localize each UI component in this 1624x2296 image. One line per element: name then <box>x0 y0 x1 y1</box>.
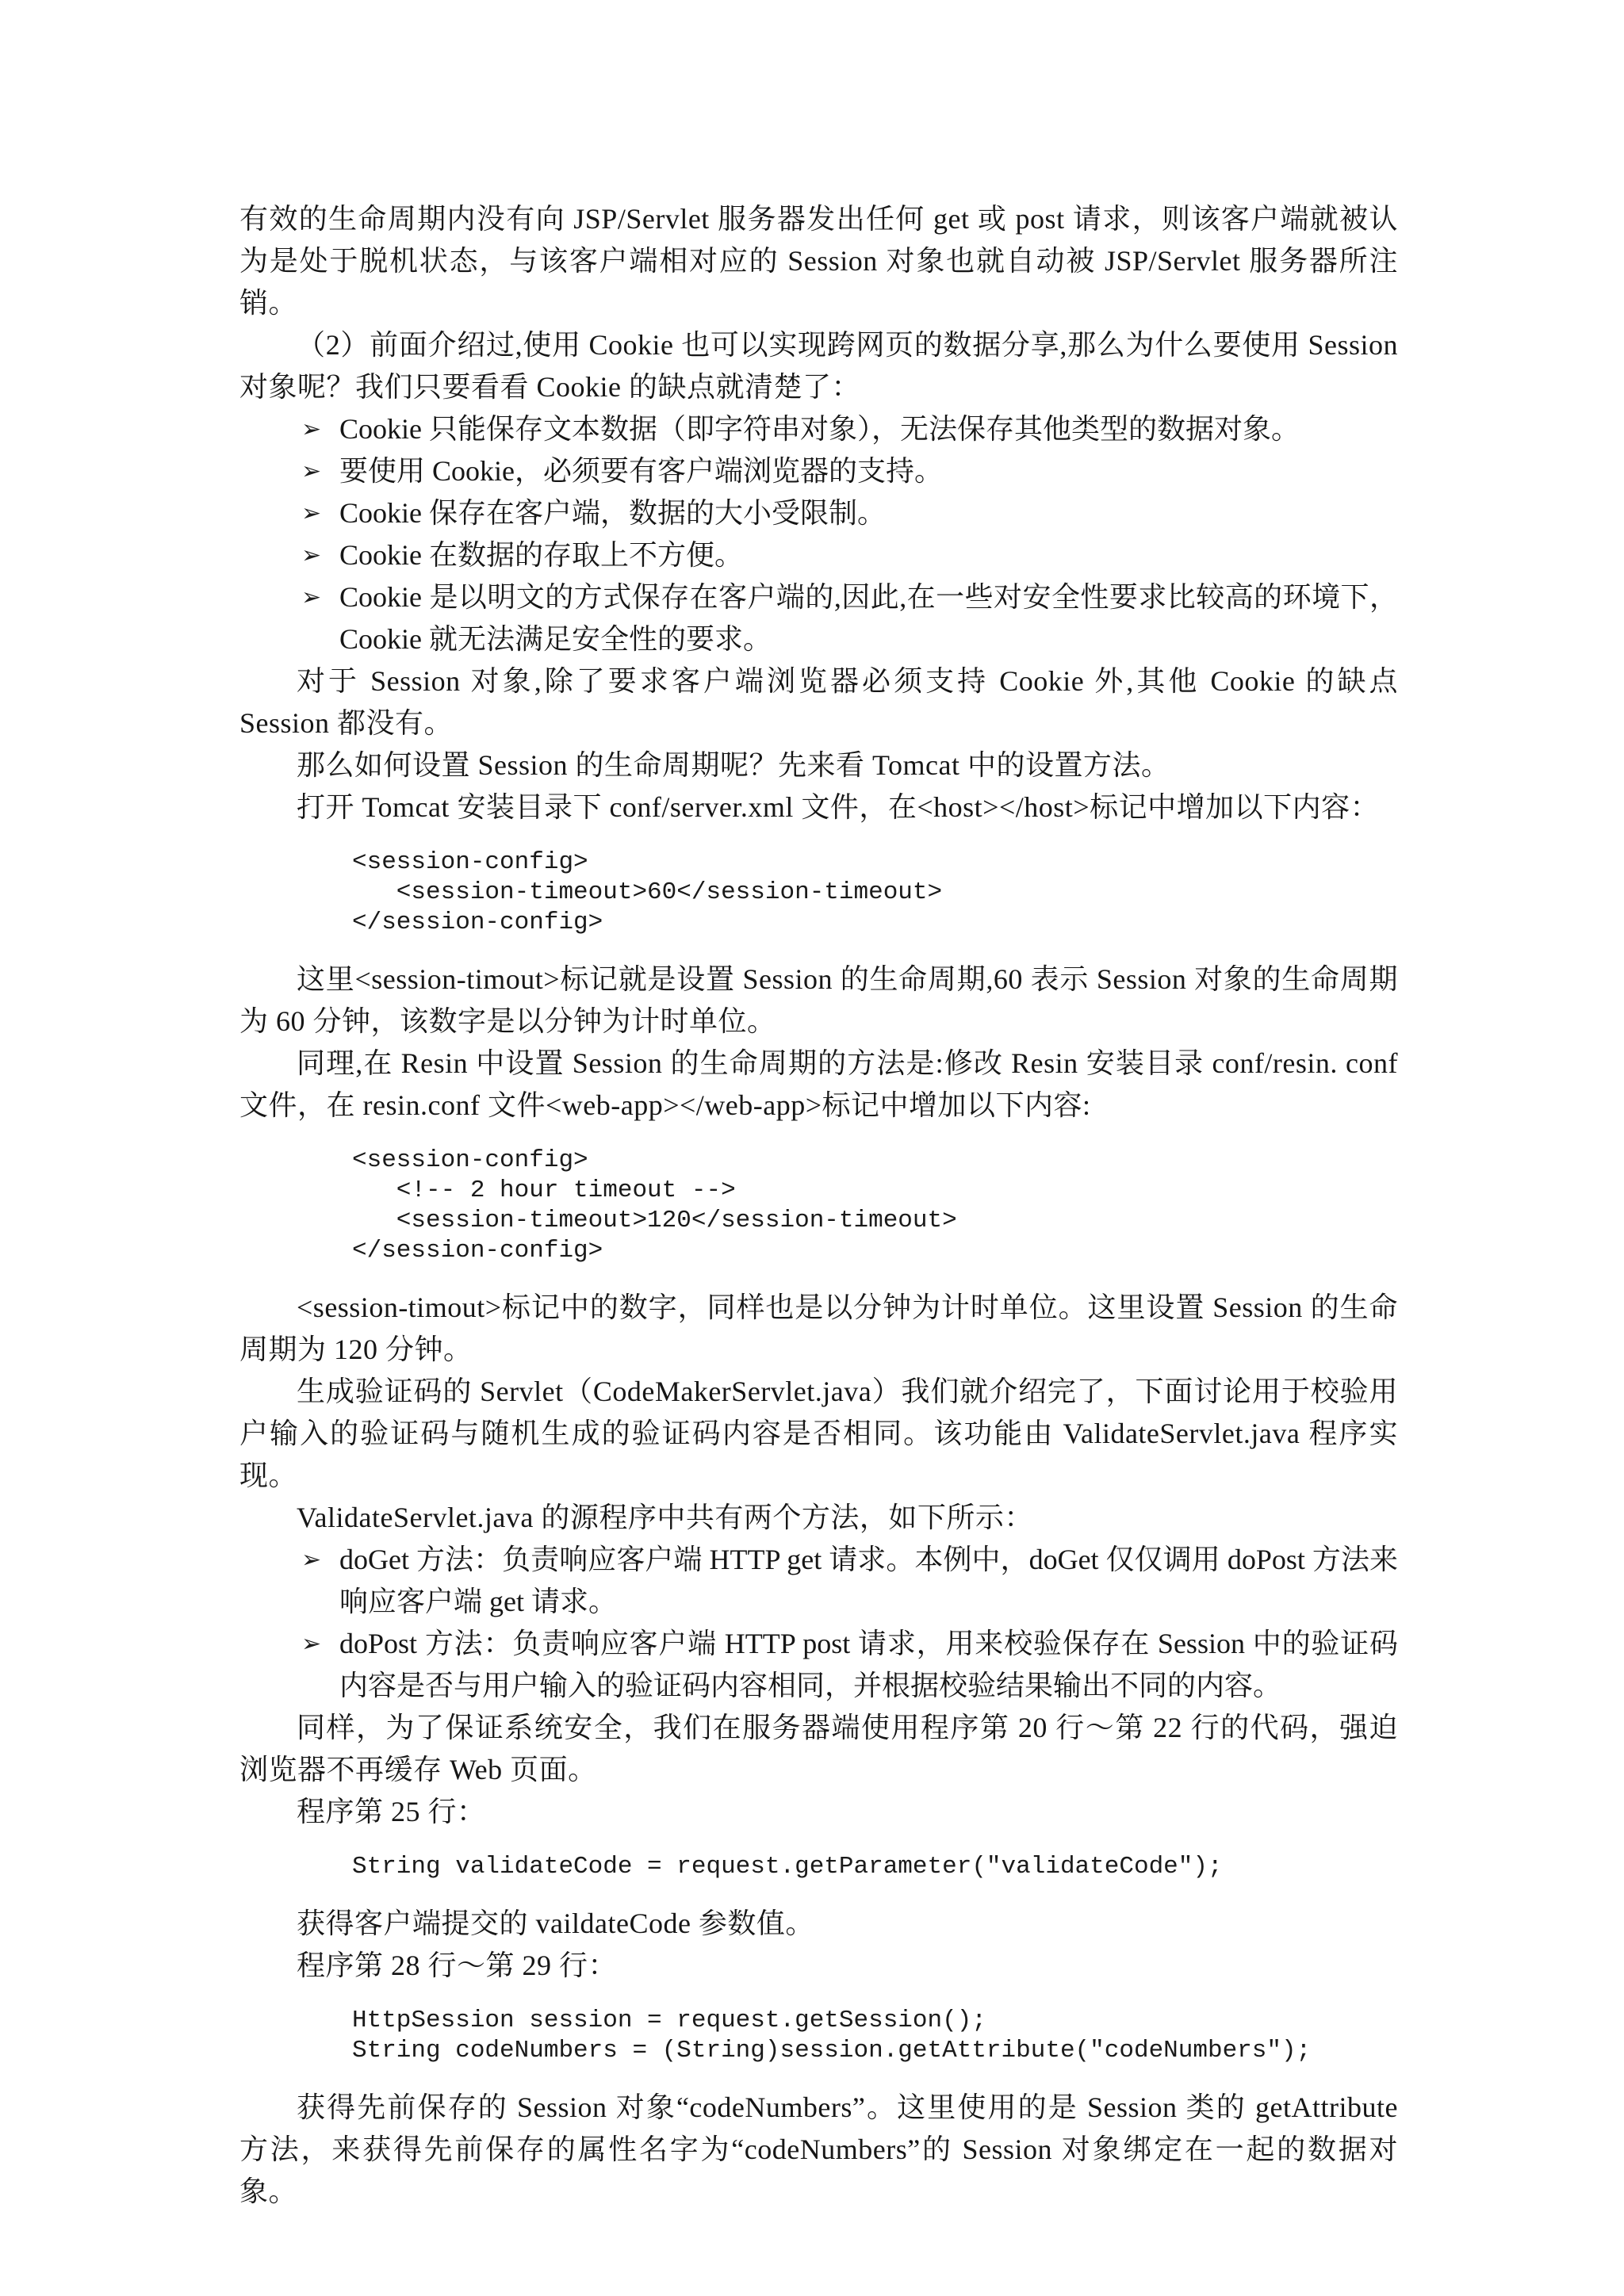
arrow-bullet-icon: ➢ <box>301 1623 339 1665</box>
paragraph-resin-timeout-explain: <session-timout>标记中的数字，同样也是以分钟为计时单位。这里设置… <box>239 1287 1398 1371</box>
code-line: </session-config> <box>352 908 1398 938</box>
list-item: ➢ doPost 方法：负责响应客户端 HTTP post 请求，用来校验保存在… <box>301 1623 1398 1707</box>
paragraph-timeout-explain: 这里<session-timout>标记就是设置 Session 的生命周期,6… <box>239 959 1398 1043</box>
code-block-line25: String validateCode = request.getParamet… <box>352 1852 1398 1882</box>
cookie-drawback-list: ➢ Cookie 只能保存文本数据（即字符串对象），无法保存其他类型的数据对象。… <box>239 408 1398 660</box>
list-item-text: doPost 方法：负责响应客户端 HTTP post 请求，用来校验保存在 S… <box>339 1623 1398 1707</box>
list-item-text: Cookie 是以明文的方式保存在客户端的,因此,在一些对安全性要求比较高的环境… <box>339 576 1398 660</box>
paragraph-session-expire: 有效的生命周期内没有向 JSP/Servlet 服务器发出任何 get 或 po… <box>239 198 1398 324</box>
paragraph-security-note: 同样，为了保证系统安全，我们在服务器端使用程序第 20 行～第 22 行的代码，… <box>239 1707 1398 1791</box>
list-item: ➢ Cookie 在数据的存取上不方便。 <box>301 534 1398 576</box>
list-item-text: Cookie 在数据的存取上不方便。 <box>339 534 1398 576</box>
list-item: ➢ Cookie 是以明文的方式保存在客户端的,因此,在一些对安全性要求比较高的… <box>301 576 1398 660</box>
document-page: 有效的生命周期内没有向 JSP/Servlet 服务器发出任何 get 或 po… <box>0 0 1624 2296</box>
list-item-text: Cookie 保存在客户端，数据的大小受限制。 <box>339 492 1398 534</box>
paragraph-get-vaildatecode: 获得客户端提交的 vaildateCode 参数值。 <box>239 1903 1398 1945</box>
list-item: ➢ 要使用 Cookie，必须要有客户端浏览器的支持。 <box>301 450 1398 492</box>
arrow-bullet-icon: ➢ <box>301 1539 339 1581</box>
code-line: String codeNumbers = (String)session.get… <box>352 2036 1398 2066</box>
paragraph-why-session: （2）前面介绍过,使用 Cookie 也可以实现跨网页的数据分享,那么为什么要使… <box>239 324 1398 408</box>
paragraph-line28-label: 程序第 28 行～第 29 行： <box>239 1945 1398 1987</box>
list-item-text: Cookie 只能保存文本数据（即字符串对象），无法保存其他类型的数据对象。 <box>339 408 1398 450</box>
code-block-resin-session-config: <session-config> <!-- 2 hour timeout -->… <box>352 1146 1398 1266</box>
list-item: ➢ Cookie 保存在客户端，数据的大小受限制。 <box>301 492 1398 534</box>
validate-method-list: ➢ doGet 方法：负责响应客户端 HTTP get 请求。本例中，doGet… <box>239 1539 1398 1707</box>
arrow-bullet-icon: ➢ <box>301 576 339 618</box>
code-line: <session-config> <box>352 848 1398 878</box>
code-line: <session-timeout>60</session-timeout> <box>352 878 1398 908</box>
paragraph-line25-label: 程序第 25 行： <box>239 1791 1398 1833</box>
code-line: String validateCode = request.getParamet… <box>352 1852 1398 1882</box>
code-line: </session-config> <box>352 1236 1398 1266</box>
paragraph-validate-methods-intro: ValidateServlet.java 的源程序中共有两个方法，如下所示： <box>239 1497 1398 1539</box>
code-line: <session-timeout>120</session-timeout> <box>352 1206 1398 1236</box>
code-line: <!-- 2 hour timeout --> <box>352 1176 1398 1206</box>
code-block-tomcat-session-config: <session-config> <session-timeout>60</se… <box>352 848 1398 938</box>
paragraph-session-advantage: 对于 Session 对象,除了要求客户端浏览器必须支持 Cookie 外,其他… <box>239 660 1398 744</box>
arrow-bullet-icon: ➢ <box>301 492 339 534</box>
list-item: ➢ Cookie 只能保存文本数据（即字符串对象），无法保存其他类型的数据对象。 <box>301 408 1398 450</box>
list-item-text: doGet 方法：负责响应客户端 HTTP get 请求。本例中，doGet 仅… <box>339 1539 1398 1623</box>
list-item-text: 要使用 Cookie，必须要有客户端浏览器的支持。 <box>339 450 1398 492</box>
arrow-bullet-icon: ➢ <box>301 534 339 576</box>
arrow-bullet-icon: ➢ <box>301 408 339 450</box>
paragraph-lifecycle-question: 那么如何设置 Session 的生命周期呢？先来看 Tomcat 中的设置方法。 <box>239 744 1398 786</box>
list-item: ➢ doGet 方法：负责响应客户端 HTTP get 请求。本例中，doGet… <box>301 1539 1398 1623</box>
paragraph-tomcat-config: 打开 Tomcat 安装目录下 conf/server.xml 文件，在<hos… <box>239 786 1398 828</box>
paragraph-codemaker-done: 生成验证码的 Servlet（CodeMakerServlet.java）我们就… <box>239 1371 1398 1497</box>
code-line: HttpSession session = request.getSession… <box>352 2006 1398 2036</box>
paragraph-get-codenumbers: 获得先前保存的 Session 对象“codeNumbers”。这里使用的是 S… <box>239 2087 1398 2213</box>
arrow-bullet-icon: ➢ <box>301 450 339 492</box>
code-line: <session-config> <box>352 1146 1398 1176</box>
paragraph-resin-method: 同理,在 Resin 中设置 Session 的生命周期的方法是:修改 Resi… <box>239 1043 1398 1127</box>
code-block-line28-29: HttpSession session = request.getSession… <box>352 2006 1398 2066</box>
